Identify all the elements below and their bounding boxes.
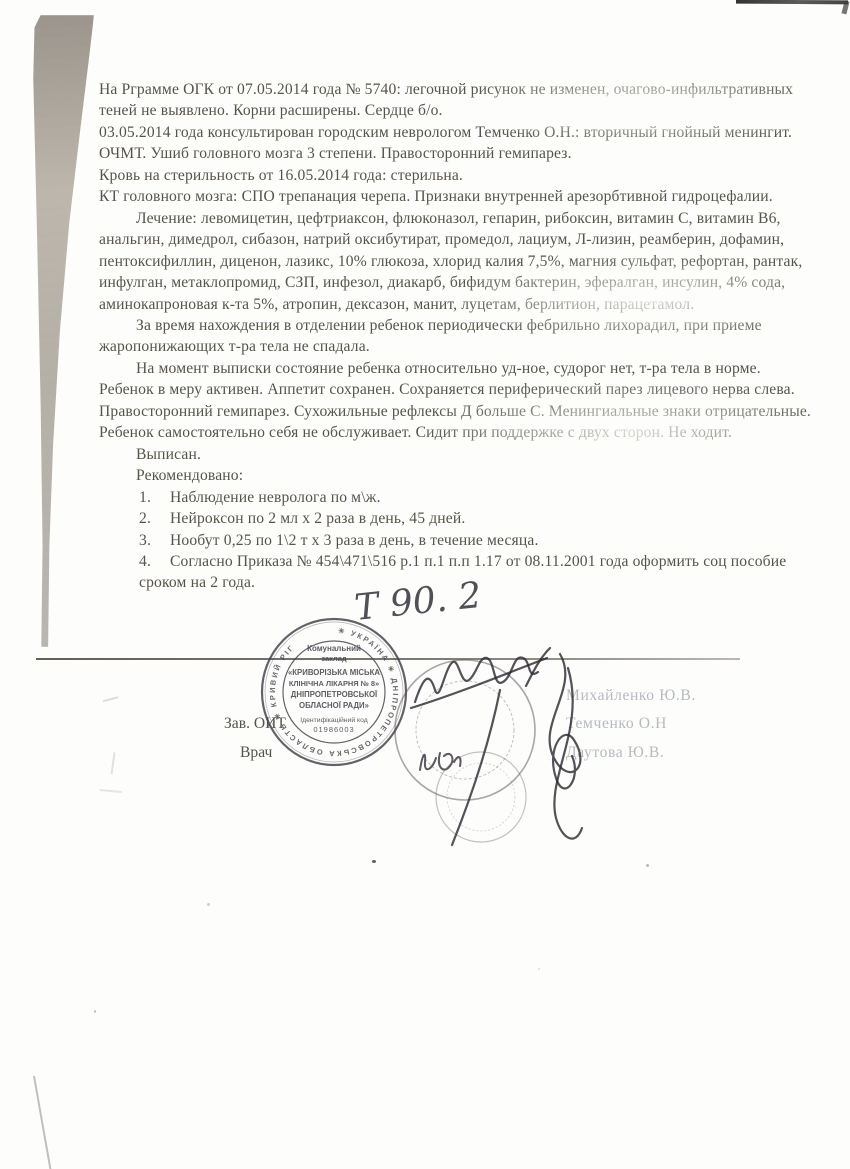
signature-loop-flourish [550,654,581,788]
stamp-line: ДНІПРОПЕТРОВСЬКОЇ [291,690,378,699]
report-paragraph-discharged: Выписан. [99,444,813,465]
report-paragraph: Кровь на стерильность от 16.05.2014 года… [99,165,813,186]
item-text: Наблюдение невролога по м\ж. [170,489,381,506]
scan-artifact-speck [646,864,649,867]
item-number: 3. [139,530,170,551]
scanned-document-page: На Рграмме ОГК от 07.05.2014 года № 5740… [0,0,850,1169]
report-paragraph-treatment: Лечение: левомицетин, цефтриаксон, флюко… [99,208,813,315]
scan-artifact-speck [207,903,210,906]
report-paragraph: 03.05.2014 года консультирован городским… [99,122,813,165]
item-number: 4. [139,551,170,572]
scan-artifact-speck [94,1010,96,1013]
scan-artifact-pencil-mark [100,781,123,793]
report-paragraph: На Рграмме ОГК от 07.05.2014 года № 5740… [99,79,813,122]
item-text: Нейроксон по 2 мл х 2 раза в день, 45 дн… [170,510,465,527]
stamp-line: «КРИВОРІЗЬКА МІСЬКА [288,668,380,677]
scan-artifact-pencil-mark [103,696,122,712]
handwritten-code-text: Т 90. 2 [353,576,484,629]
stamp-line: 01986003 [313,725,354,734]
scan-artifact-fold-shadow [32,15,94,647]
signature-zigzag [415,658,538,702]
signature-descending-stroke [452,690,500,845]
report-paragraph-discharge-status: На момент выписки состояние ребенка отно… [99,358,813,444]
stamp-line: заклад [321,654,347,663]
recommendation-item: 2.Нейроксон по 2 мл х 2 раза в день, 45 … [99,508,813,529]
recommendation-item: 3.Нообут 0,25 по 1\2 т х 3 раза в день, … [99,530,813,551]
stamp-line: КЛІНІЧНА ЛІКАРНЯ № 8» [289,679,379,688]
scan-artifact-speck [372,860,376,863]
stamp-line: Ідентифікаційний код [300,716,367,724]
item-number: 1. [139,487,170,508]
signature-scribbles [398,630,628,870]
report-paragraph-course: За время нахождения в отделении ребенок … [99,315,813,358]
item-text: Нообут 0,25 по 1\2 т х 3 раза в день, в … [170,532,539,549]
report-paragraph-recommended-heading: Рекомендовано: [99,465,813,486]
report-body: На Рграмме ОГК от 07.05.2014 года № 5740… [99,79,813,594]
report-paragraph: КТ головного мозга: СПО трепанация череп… [99,186,813,207]
scan-artifact-pencil-mark [111,752,126,775]
stamp-line: Комунальний [307,644,361,653]
scan-artifact-crease-line [33,1076,52,1169]
signature-long-tail [554,668,582,839]
scan-artifact-top-streak [736,0,848,4]
item-number: 2. [139,508,170,529]
scan-artifact-speck [538,968,540,970]
stamp-line: ОБЛАСНОЇ РАДИ» [299,701,369,710]
recommendation-item: 1.Наблюдение невролога по м\ж. [99,487,813,508]
